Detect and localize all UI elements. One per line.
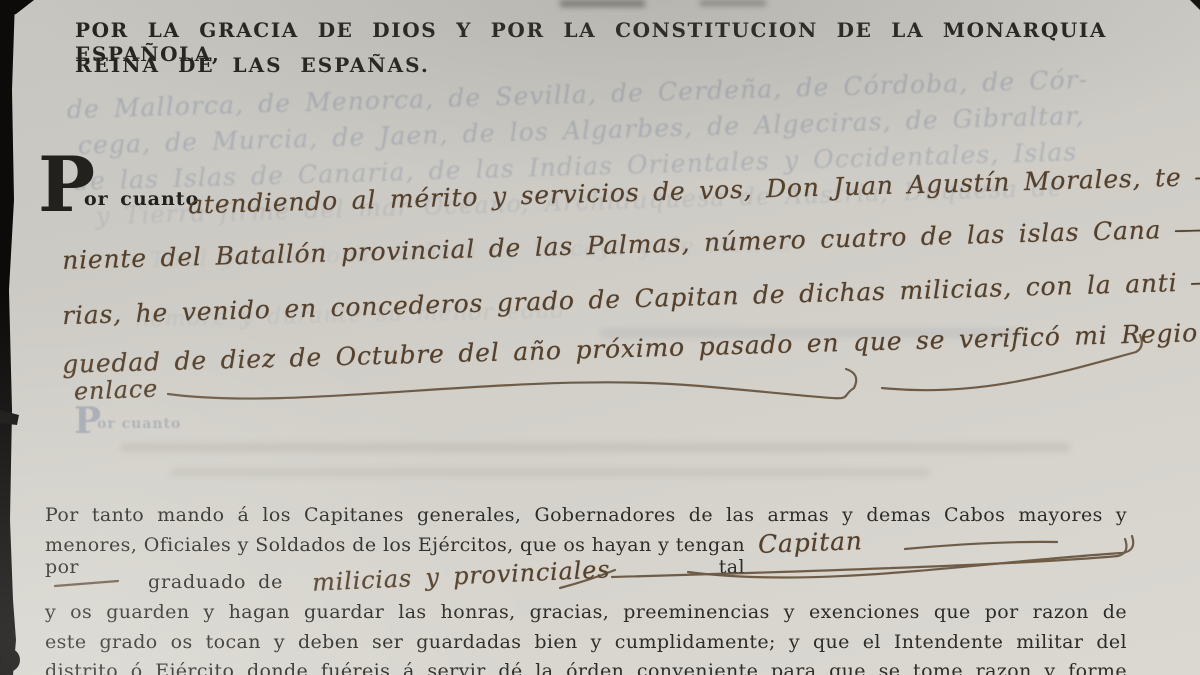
scanned-document-page: de Mallorca, de Menorca, de Sevilla, de … [0, 0, 1200, 675]
photo-corner-notch [1186, 0, 1200, 12]
bleedthrough-por-cuanto-label: or cuanto [97, 416, 181, 432]
mandate-line6-clipped: distrito ó Ejército donde fuéreis á serv… [45, 660, 1127, 675]
manuscript-line: rias, he venido en concederos grado de C… [62, 267, 1200, 330]
photo-top-smudge [700, 0, 766, 6]
photo-top-smudge [560, 0, 645, 7]
bleedthrough-smudge [120, 443, 1070, 452]
manuscript-rank-fill: Capitan [758, 526, 864, 559]
mandate-line1: Por tanto mando á los Capitanes generale… [45, 504, 1127, 526]
royal-title-line2: REINA DE LAS ESPAÑAS. [75, 53, 430, 77]
por-cuanto-label: or cuanto [84, 188, 199, 210]
photo-dark-edge [0, 0, 40, 675]
mandate-graduado-label: graduado de [148, 571, 283, 593]
mandate-line4: y os guarden y hagan guardar las honras,… [45, 601, 1127, 623]
bleedthrough-smudge [170, 468, 930, 477]
mandate-line5: este grado os tocan y deben ser guardada… [45, 631, 1127, 653]
